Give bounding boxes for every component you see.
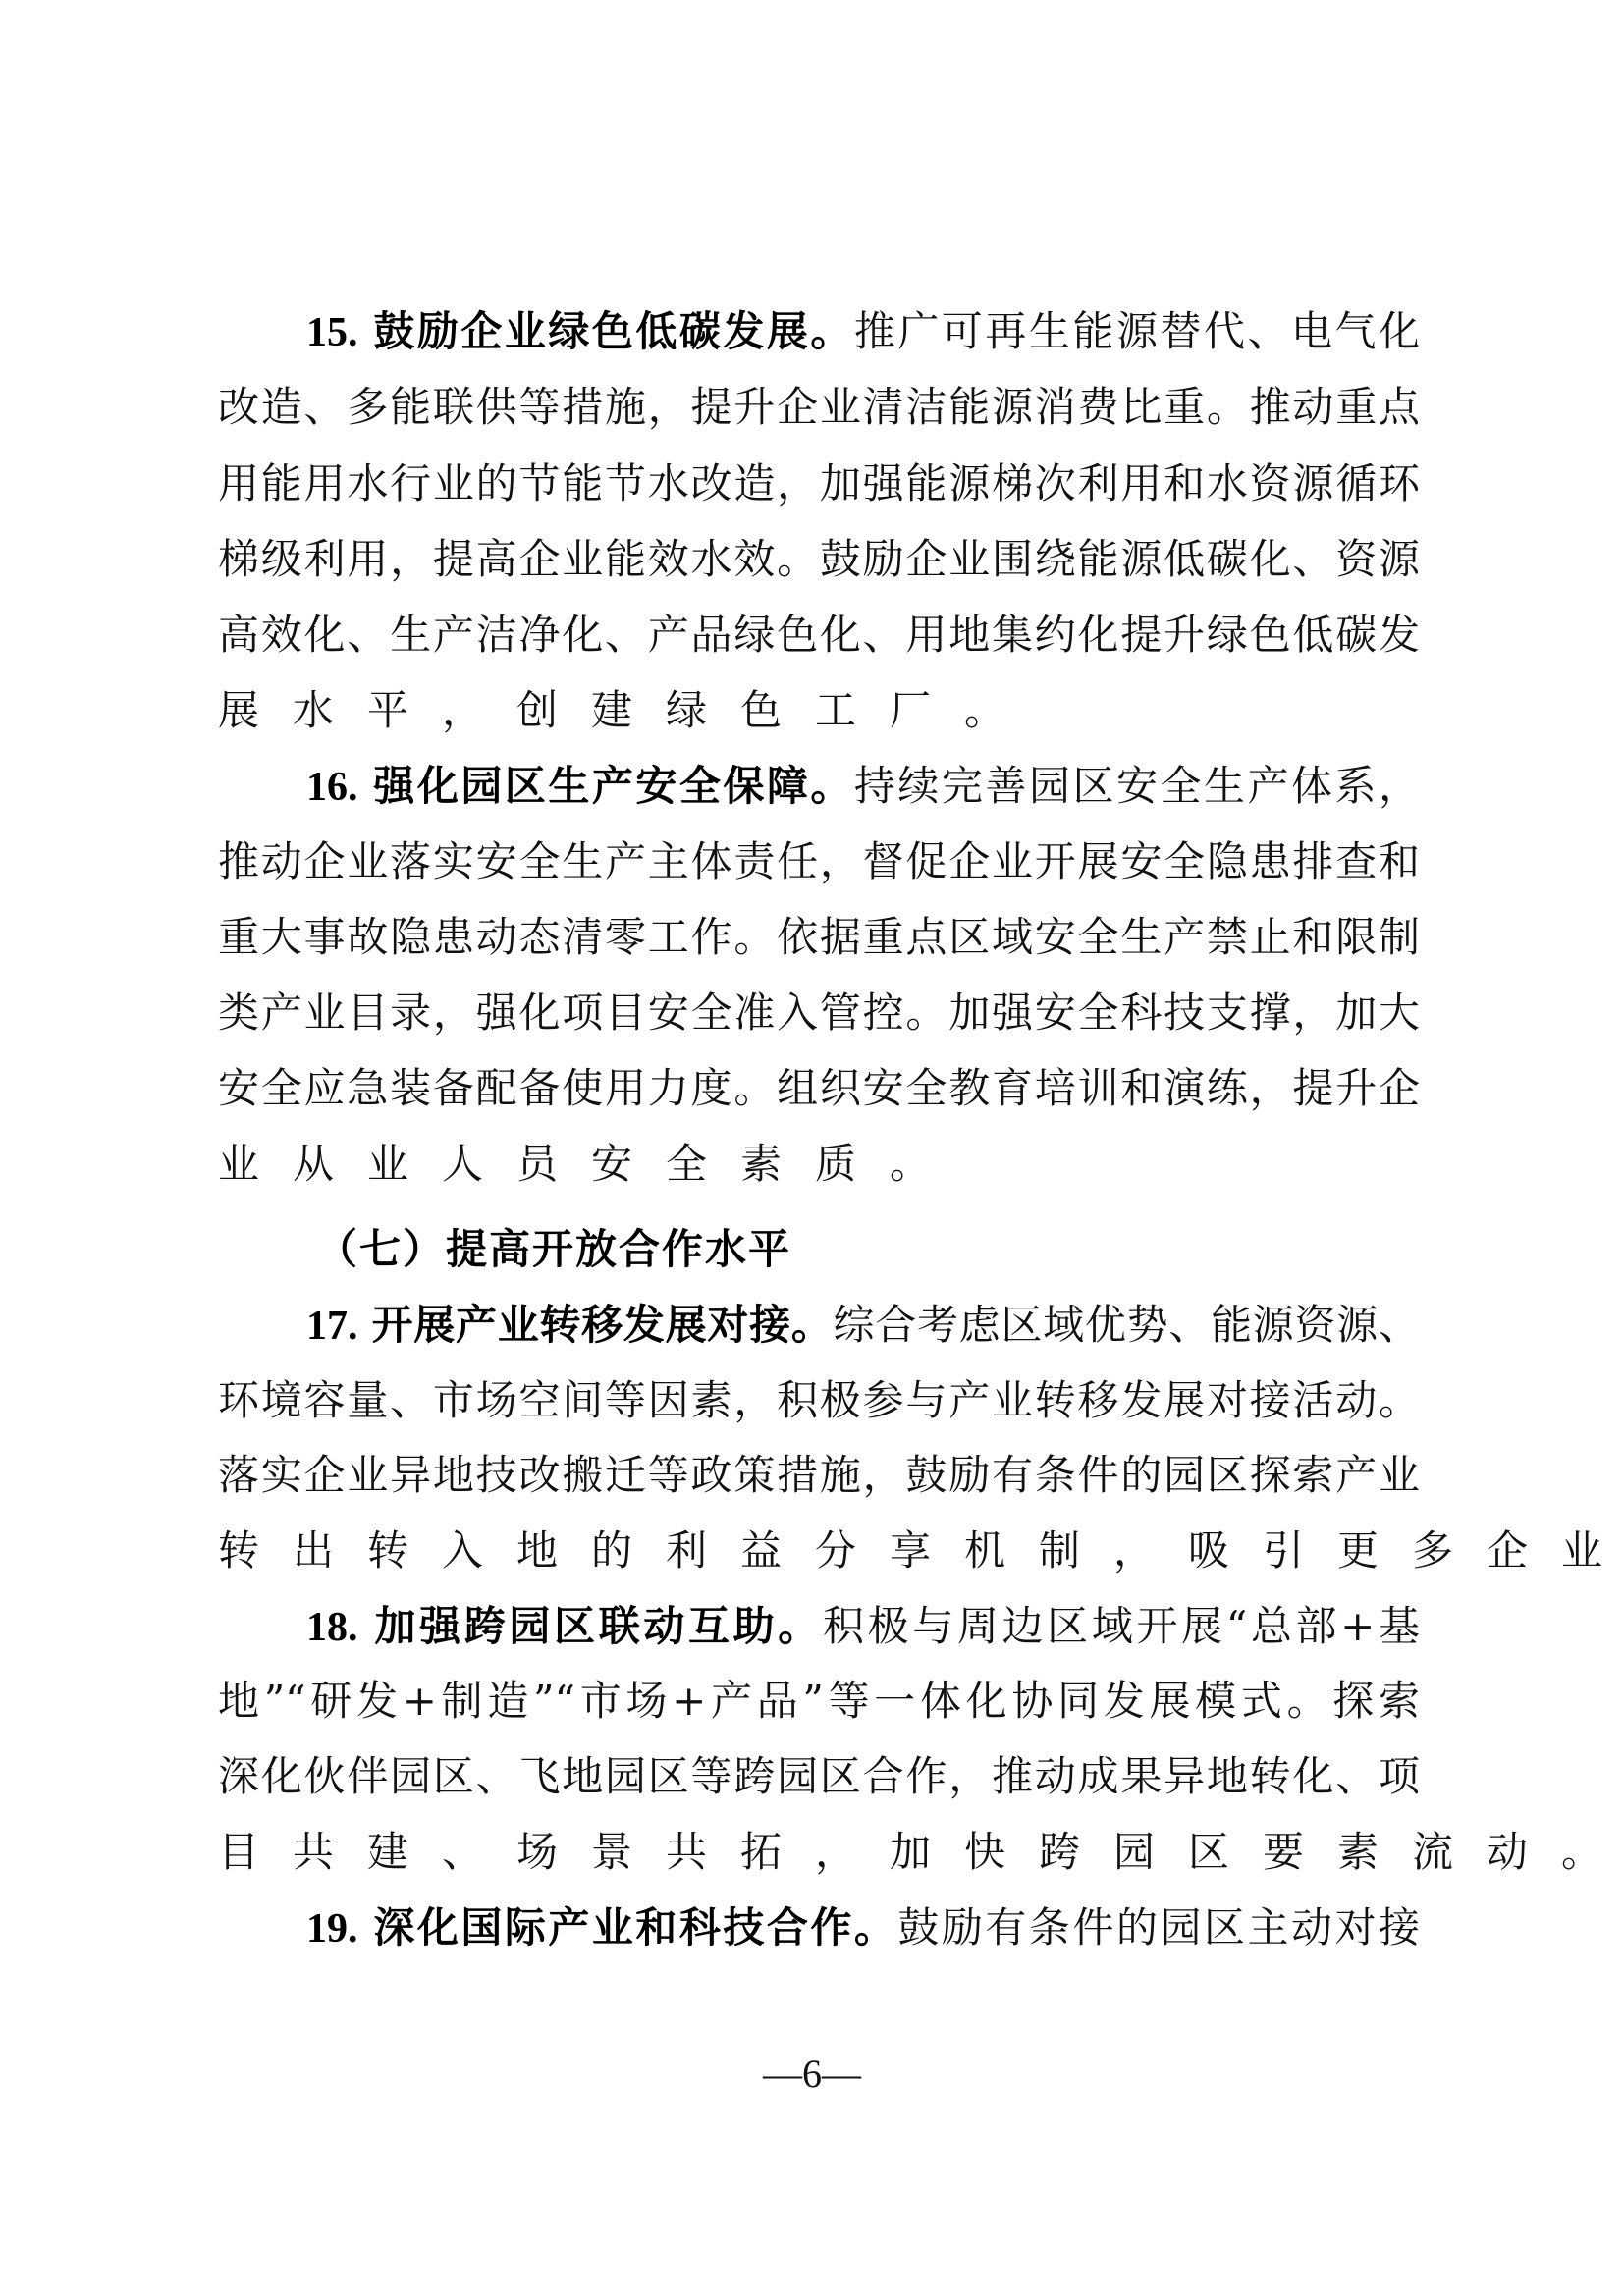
paragraph-text: 高效化、生产洁净化、产品绿色化、用地集约化提升绿色低碳发 bbox=[218, 606, 1420, 665]
paragraph-15-line-1: 15. 鼓励企业绿色低碳发展。推广可再生能源替代、电气化 bbox=[306, 302, 1420, 361]
paragraph-text: 推广可再生能源替代、电气化 bbox=[854, 307, 1420, 355]
paragraph-19-line-1: 19. 深化国际产业和科技合作。鼓励有条件的园区主动对接 bbox=[306, 1898, 1420, 1957]
paragraph-text: 目共建、场景共拓，加快跨园区要素流动。 bbox=[218, 1823, 1420, 1882]
paragraph-18-line-1: 18. 加强跨园区联动互助。积极与周边区域开展“总部+基 bbox=[306, 1597, 1420, 1656]
page-number: —6— bbox=[714, 2050, 910, 2099]
paragraph-text: 持续完善园区安全生产体系， bbox=[854, 762, 1420, 810]
item-title: 鼓励企业绿色低碳发展。 bbox=[373, 307, 854, 355]
paragraph-text: 重大事故隐患动态清零工作。依据重点区域安全生产禁止和限制 bbox=[218, 908, 1420, 967]
paragraph-text: 改造、多能联供等措施，提升企业清洁能源消费比重。推动重点 bbox=[218, 378, 1420, 437]
item-title: 加强跨园区联动互助。 bbox=[375, 1602, 823, 1650]
item-number: 16. bbox=[306, 765, 358, 810]
paragraph-text: 类产业目录，强化项目安全准入管控。加强安全科技支撑，加大 bbox=[218, 984, 1420, 1042]
item-number: 18. bbox=[306, 1605, 358, 1650]
paragraph-text: 落实企业异地技改搬迁等政策措施，鼓励有条件的园区探索产业 bbox=[218, 1446, 1420, 1505]
section-heading: （七）提高开放合作水平 bbox=[316, 1220, 791, 1279]
paragraph-text: 转出转入地的利益分享机制，吸引更多企业在园区落地。 bbox=[218, 1522, 1420, 1580]
paragraph-text: 鼓励有条件的园区主动对接 bbox=[897, 1903, 1420, 1951]
item-number: 19. bbox=[306, 1906, 358, 1951]
item-number: 15. bbox=[306, 310, 358, 355]
paragraph-text: 环境容量、市场空间等因素，积极参与产业转移发展对接活动。 bbox=[218, 1371, 1420, 1430]
paragraph-text: 推动企业落实安全生产主体责任，督促企业开展安全隐患排查和 bbox=[218, 832, 1420, 891]
item-title: 开展产业转移发展对接。 bbox=[372, 1301, 834, 1349]
paragraph-16-line-1: 16. 强化园区生产安全保障。持续完善园区安全生产体系， bbox=[306, 757, 1420, 816]
item-title: 深化国际产业和科技合作。 bbox=[373, 1903, 897, 1951]
paragraph-text: 综合考虑区域优势、能源资源、 bbox=[834, 1301, 1420, 1349]
paragraph-text: 梯级利用，提高企业能效水效。鼓励企业围绕能源低碳化、资源 bbox=[218, 530, 1420, 589]
item-title: 强化园区生产安全保障。 bbox=[373, 762, 854, 810]
paragraph-17-line-1: 17. 开展产业转移发展对接。综合考虑区域优势、能源资源、 bbox=[306, 1296, 1420, 1355]
paragraph-text: 展水平，创建绿色工厂。 bbox=[218, 681, 1420, 740]
paragraph-text: 用能用水行业的节能节水改造，加强能源梯次利用和水资源循环 bbox=[218, 454, 1420, 513]
paragraph-text: 深化伙伴园区、飞地园区等跨园区合作，推动成果异地转化、项 bbox=[218, 1747, 1420, 1806]
item-number: 17. bbox=[306, 1304, 358, 1349]
document-page: 15. 鼓励企业绿色低碳发展。推广可再生能源替代、电气化 改造、多能联供等措施，… bbox=[0, 0, 1624, 2296]
paragraph-text: 地”“研发+制造”“市场+产品”等一体化协同发展模式。探索 bbox=[218, 1672, 1420, 1731]
paragraph-text: 业从业人员安全素质。 bbox=[218, 1135, 1420, 1194]
paragraph-text: 安全应急装备配备使用力度。组织安全教育培训和演练，提升企 bbox=[218, 1059, 1420, 1118]
paragraph-text: 积极与周边区域开展“总部+基 bbox=[823, 1602, 1420, 1650]
